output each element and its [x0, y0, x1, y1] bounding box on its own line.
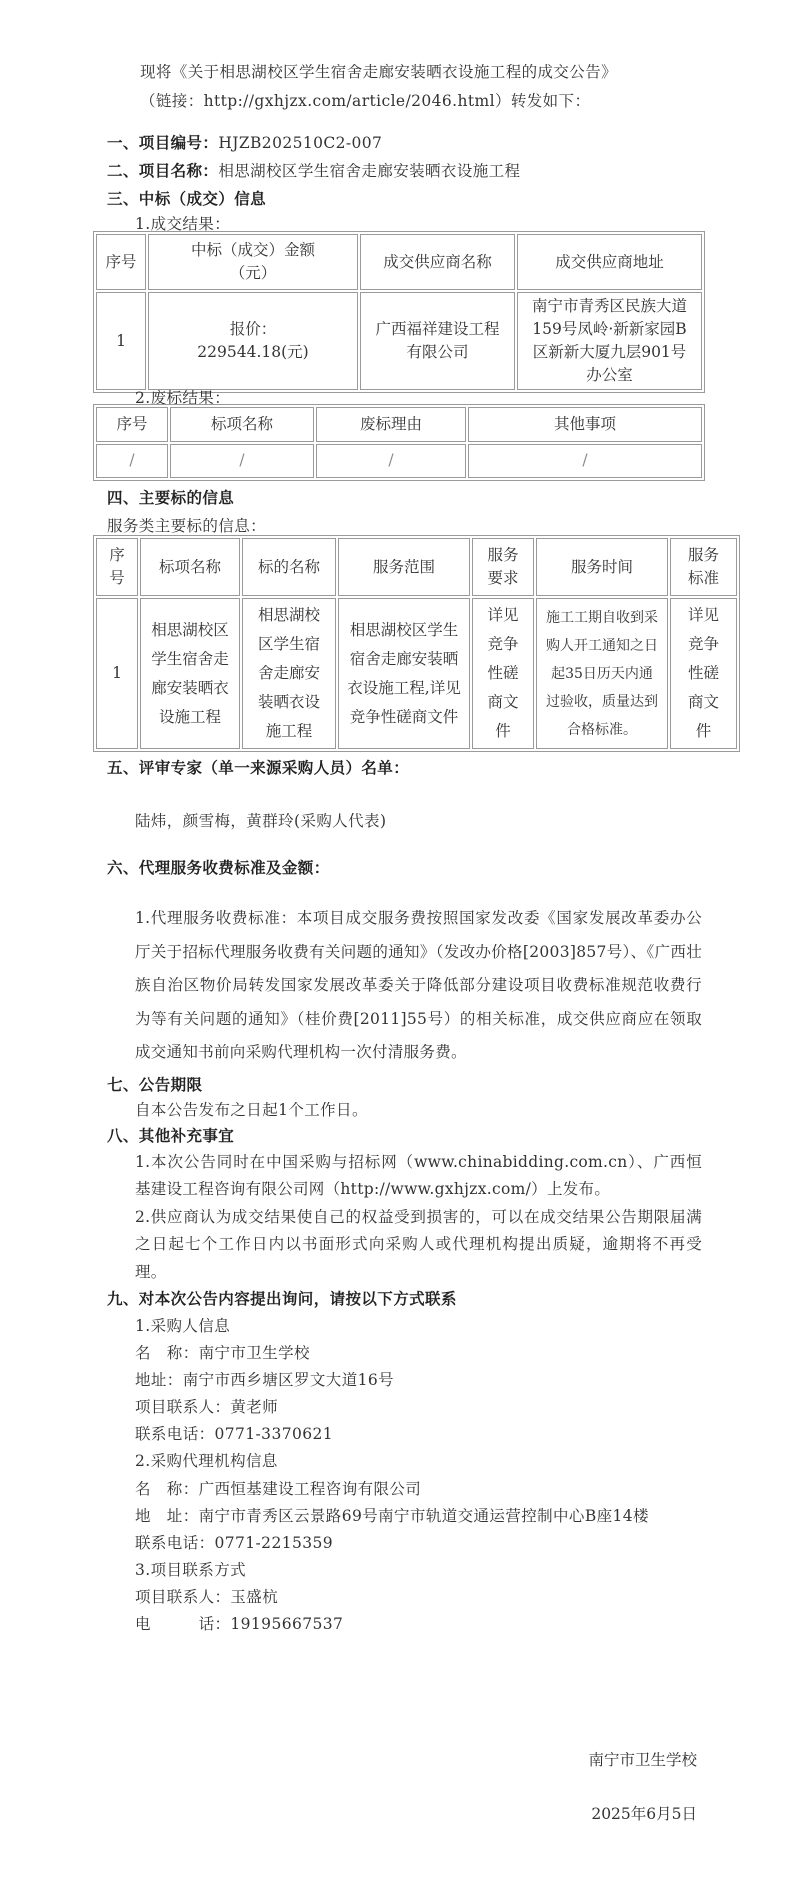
cell-service-requirement: 详见竞争性磋商文件: [472, 598, 534, 749]
supplement-item-1: 1.本次公告同时在中国采购与招标网（www.chinabidding.com.c…: [107, 1149, 702, 1204]
cell-index: 1: [96, 598, 138, 749]
purchaser-label: 1.采购人信息: [135, 1316, 230, 1336]
cell-service-standard: 详见竞争性磋商文件: [670, 598, 737, 749]
supplement-item-2: 2.供应商认为成交结果使自己的权益受到损害的，可以在成交结果公告期限届满之日起七…: [107, 1204, 702, 1286]
cell-amount: 报价：229544.18(元): [148, 292, 358, 390]
header-cell: 成交供应商地址: [517, 234, 702, 290]
cell: /: [96, 444, 168, 479]
header-cell: 服务要求: [472, 538, 534, 596]
abandoned-table: 序号 标项名称 废标理由 其他事项 / / / /: [93, 404, 705, 481]
project-name-label: 二、项目名称：: [107, 161, 218, 180]
section8-heading: 八、其他补充事宜: [107, 1126, 234, 1146]
project-number-value: HJZB202510C2-007: [218, 134, 382, 152]
section4-sub: 服务类主要标的信息：: [107, 516, 266, 536]
notice-period-text: 自本公告发布之日起1个工作日。: [135, 1100, 368, 1120]
supplement-item-1-text: 1.本次公告同时在中国采购与招标网（www.chinabidding.com.c…: [107, 1149, 702, 1204]
section6-heading: 六、代理服务收费标准及金额：: [107, 858, 330, 878]
service-table: 序号 标项名称 标的名称 服务范围 服务要求 服务时间 服务标准 1 相思湖校区…: [93, 535, 740, 752]
header-cell: 服务范围: [338, 538, 470, 596]
cell-service-time: 施工工期自收到采购人开工通知之日起35日历天内通过验收，质量达到合格标准。: [536, 598, 668, 749]
cell-supplier-address: 南宁市青秀区民族大道159号凤岭·新新家园B区新新大厦九层901号办公室: [517, 292, 702, 390]
agency-phone: 联系电话：0771-2215359: [135, 1533, 333, 1553]
cell-index: 1: [96, 292, 146, 390]
project-name-value: 相思湖校区学生宿舍走廊安装晒衣设施工程: [218, 162, 520, 180]
fee-standard-text: 1.代理服务收费标准：本项目成交服务费按照国家发改委《国家发展改革委办公厅关于招…: [107, 902, 702, 1070]
agency-name: 名 称：广西恒基建设工程咨询有限公司: [135, 1479, 421, 1499]
header-cell: 标项名称: [140, 538, 240, 596]
section4-heading: 四、主要标的信息: [107, 488, 234, 508]
agency-address: 地 址：南宁市青秀区云景路69号南宁市轨道交通运营控制中心B座14楼: [135, 1506, 649, 1526]
intro-line-1: 现将《关于相思湖校区学生宿舍走廊安装晒衣设施工程的成交公告》: [140, 62, 617, 82]
header-cell: 标项名称: [170, 407, 314, 442]
header-cell: 序号: [96, 538, 138, 596]
signature-org: 南宁市卫生学校: [588, 1748, 697, 1770]
table-row: 1 报价：229544.18(元) 广西福祥建设工程有限公司 南宁市青秀区民族大…: [96, 292, 702, 390]
header-cell: 其他事项: [468, 407, 702, 442]
purchaser-contact: 项目联系人：黄老师: [135, 1397, 278, 1417]
expert-names: 陆炜，颜雪梅，黄群玲(采购人代表): [135, 811, 386, 831]
agency-label: 2.采购代理机构信息: [135, 1451, 278, 1471]
header-cell: 标的名称: [242, 538, 336, 596]
cell: /: [468, 444, 702, 479]
project-number-label: 一、项目编号：: [107, 133, 218, 152]
cell-subject-name: 相思湖校区学生宿舍走廊安装晒衣设施工程: [242, 598, 336, 749]
purchaser-phone: 联系电话：0771-3370621: [135, 1424, 333, 1444]
purchaser-name: 名 称：南宁市卫生学校: [135, 1343, 310, 1363]
cell: /: [170, 444, 314, 479]
table-row: 1 相思湖校区学生宿舍走廊安装晒衣设施工程 相思湖校区学生宿舍走廊安装晒衣设施工…: [96, 598, 737, 749]
table-header-row: 序号 中标（成交）金额（元） 成交供应商名称 成交供应商地址: [96, 234, 702, 290]
project-contact-person: 项目联系人：玉盛杭: [135, 1587, 278, 1607]
header-cell: 服务时间: [536, 538, 668, 596]
header-cell: 成交供应商名称: [360, 234, 515, 290]
header-cell: 序号: [96, 234, 146, 290]
signature-date: 2025年6月5日: [591, 1802, 697, 1824]
section7-heading: 七、公告期限: [107, 1075, 202, 1095]
fee-standard-paragraph: 1.代理服务收费标准：本项目成交服务费按照国家发改委《国家发展改革委办公厅关于招…: [107, 902, 702, 1070]
project-contact-phone: 电 话：19195667537: [135, 1614, 343, 1634]
header-cell: 服务标准: [670, 538, 737, 596]
supplement-item-2-text: 2.供应商认为成交结果使自己的权益受到损害的，可以在成交结果公告期限届满之日起七…: [107, 1204, 702, 1286]
section9-heading: 九、对本次公告内容提出询问，请按以下方式联系: [107, 1289, 457, 1309]
project-name: 二、项目名称：相思湖校区学生宿舍走廊安装晒衣设施工程: [107, 161, 520, 181]
header-cell: 序号: [96, 407, 168, 442]
section5-heading: 五、评审专家（单一来源采购人员）名单：: [107, 758, 409, 778]
table-row: / / / /: [96, 444, 702, 479]
cell-service-scope: 相思湖校区学生宿舍走廊安装晒衣设施工程,详见竞争性磋商文件: [338, 598, 470, 749]
table-header-row: 序号 标项名称 废标理由 其他事项: [96, 407, 702, 442]
result-table: 序号 中标（成交）金额（元） 成交供应商名称 成交供应商地址 1 报价：2295…: [93, 231, 705, 393]
table-header-row: 序号 标项名称 标的名称 服务范围 服务要求 服务时间 服务标准: [96, 538, 737, 596]
project-contact-label: 3.项目联系方式: [135, 1560, 246, 1580]
cell-supplier-name: 广西福祥建设工程有限公司: [360, 292, 515, 390]
cell-item-name: 相思湖校区学生宿舍走廊安装晒衣设施工程: [140, 598, 240, 749]
cell: /: [316, 444, 466, 479]
header-cell: 中标（成交）金额（元）: [148, 234, 358, 290]
intro-link-line[interactable]: （链接：http://gxhjzx.com/article/2046.html）…: [140, 91, 590, 111]
section3-heading: 三、中标（成交）信息: [107, 189, 266, 209]
purchaser-address: 地址：南宁市西乡塘区罗文大道16号: [135, 1370, 394, 1390]
header-cell: 废标理由: [316, 407, 466, 442]
project-number: 一、项目编号：HJZB202510C2-007: [107, 133, 382, 153]
